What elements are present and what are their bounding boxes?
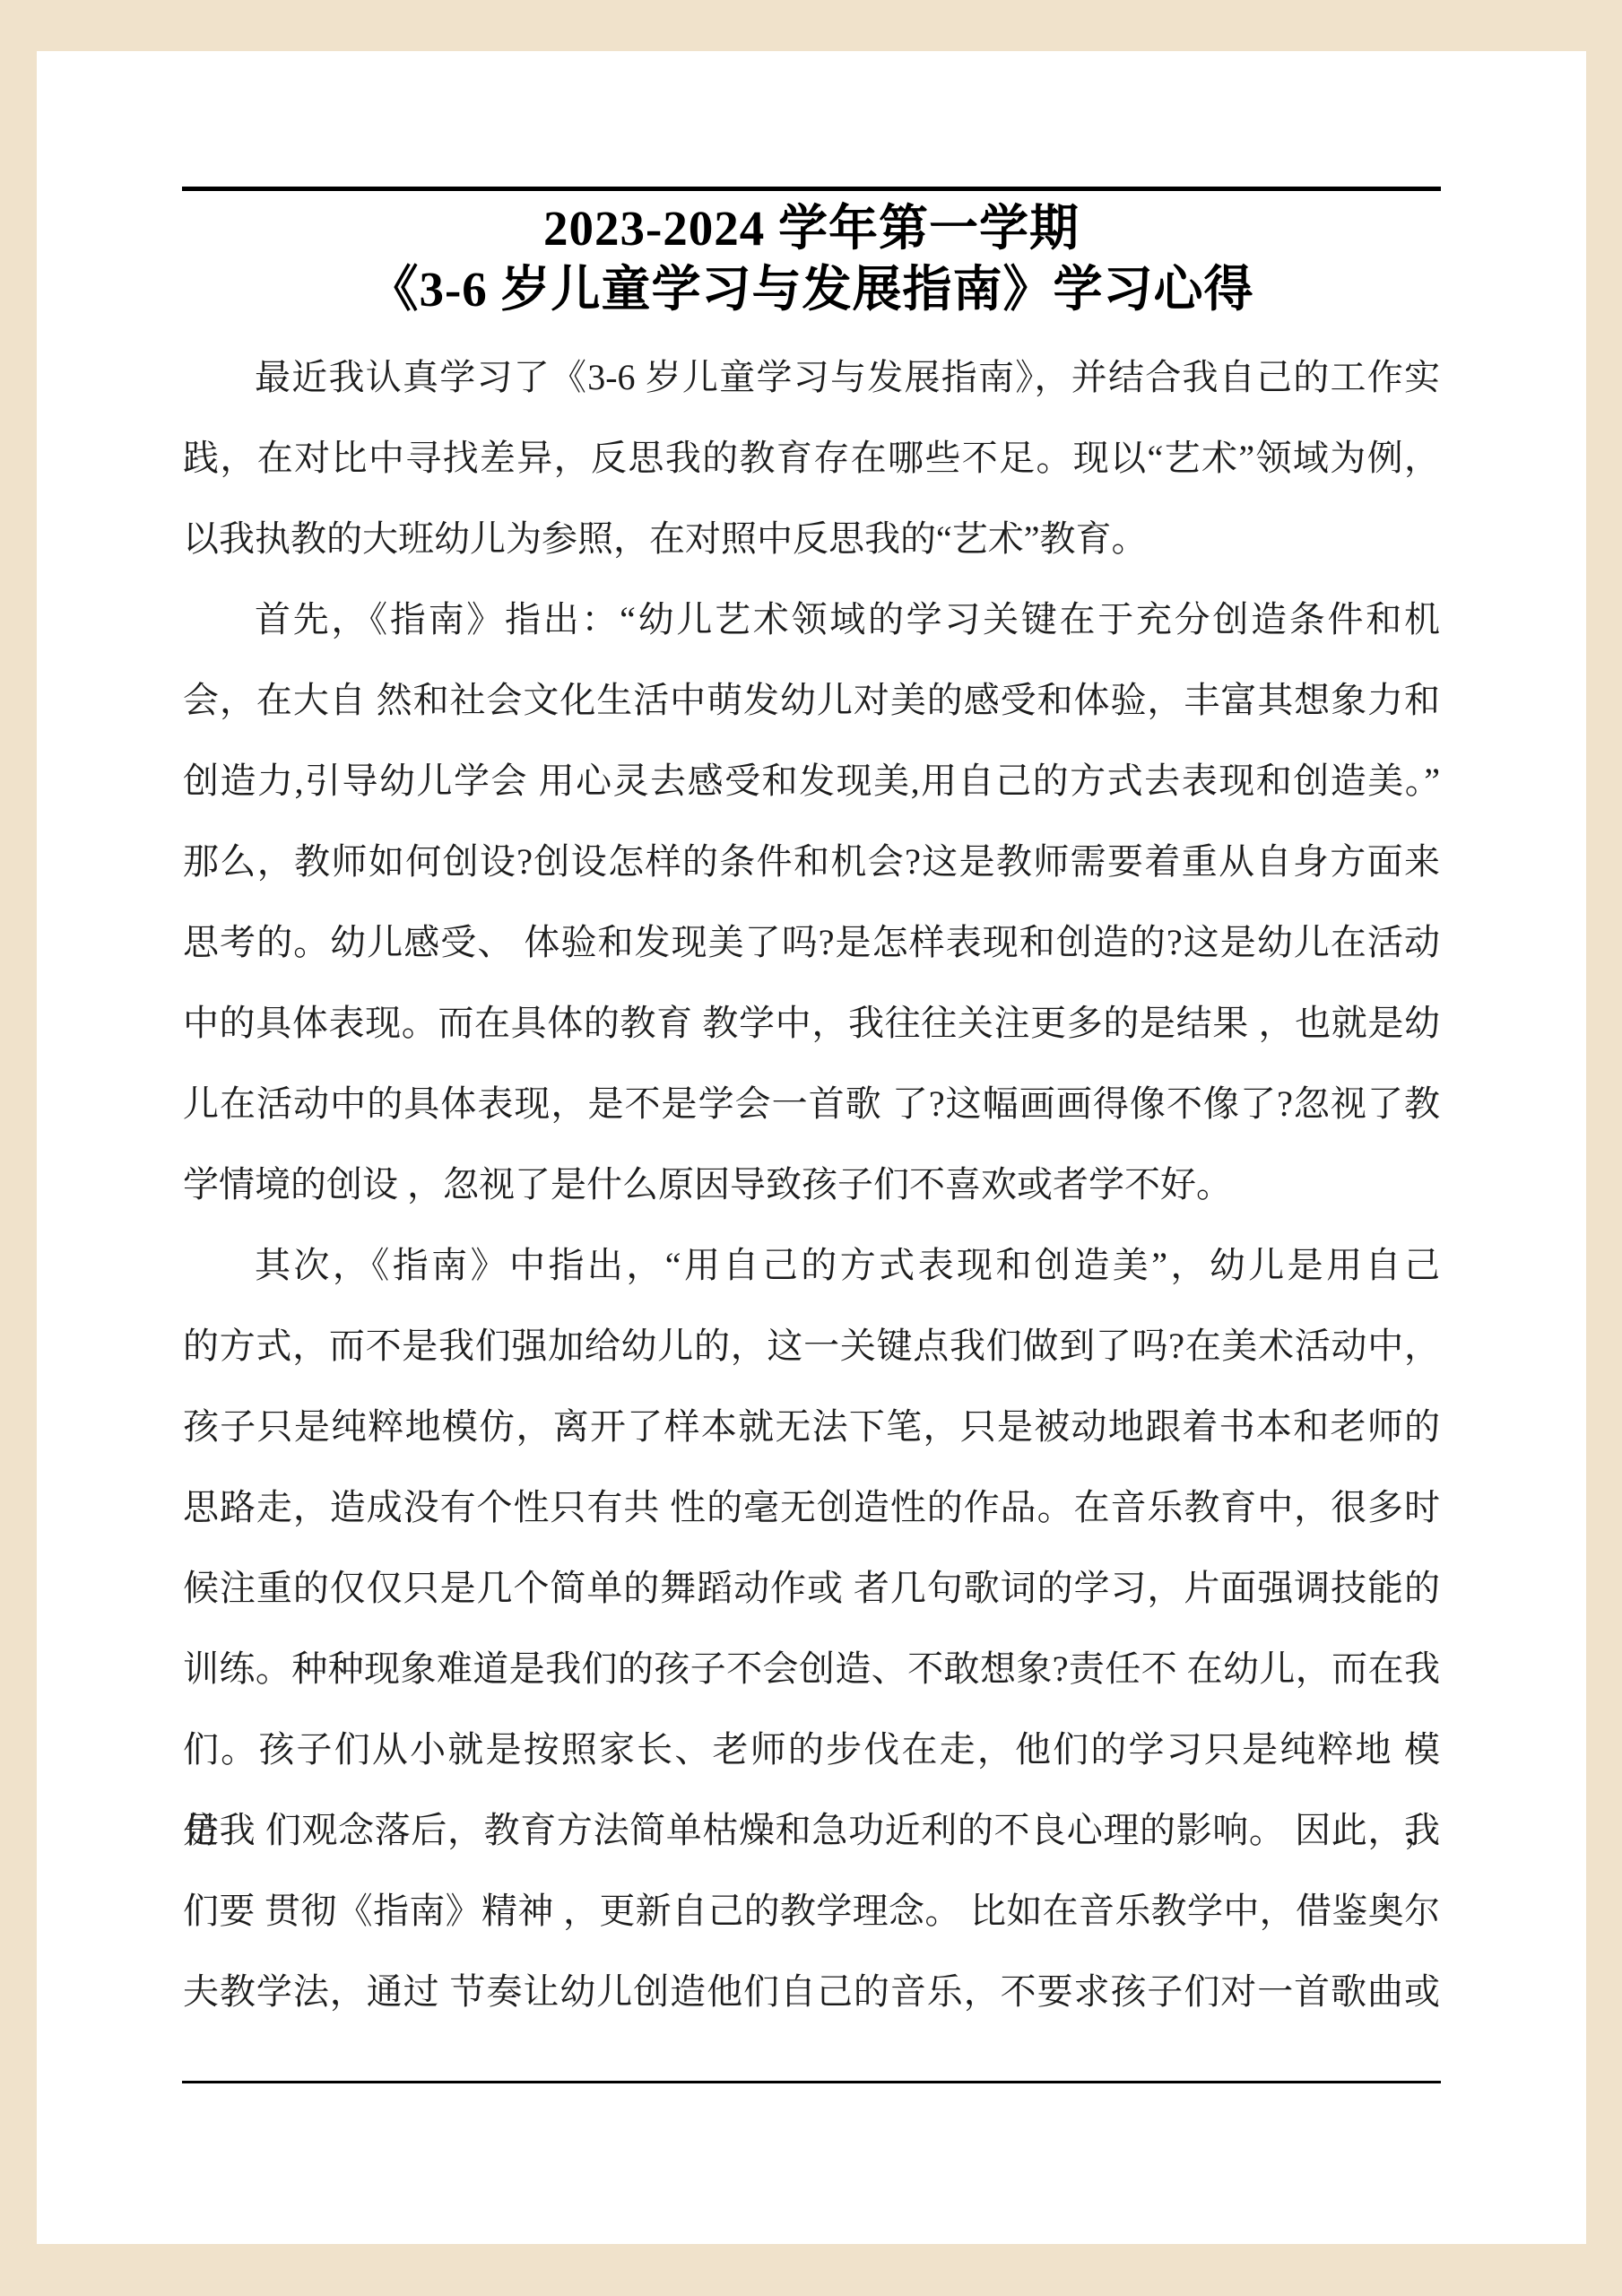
text-line: 们。孩子们从小就是按照家长、老师的步伐在走，他们的学习只是纯粹地 模仿， xyxy=(183,1709,1440,1790)
text-line: 那么，教师如何创设?创设怎样的条件和机会?这是教师需要着重从自身方面来 xyxy=(183,822,1440,902)
text-line: 训练。种种现象难道是我们的孩子不会创造、不敢想象?责任不 在幼儿，而在我 xyxy=(183,1629,1440,1709)
paragraph-1: 最近我认真学习了《3-6 岁儿童学习与发展指南》，并结合我自己的工作实 践，在对… xyxy=(183,337,1440,579)
doc-title-line1: 2023-2024 学年第一学期 xyxy=(183,198,1440,259)
text-line: 思考的。幼儿感受、 体验和发现美了吗?是怎样表现和创造的?这是幼儿在活动 xyxy=(183,902,1440,983)
text-line: 们要 贯彻《指南》精神 ，更新自己的教学理念。 比如在音乐教学中，借鉴奥尔 xyxy=(183,1871,1440,1952)
text-line: 首先，《指南》指出：“幼儿艺术领域的学习关键在于充分创造条件和机 xyxy=(183,579,1440,660)
text-line: 的方式，而不是我们强加给幼儿的，这一关键点我们做到了吗?在美术活动中， xyxy=(183,1306,1440,1387)
text-line: 中的具体表现。而在具体的教育 教学中，我往往关注更多的是结果 ，也就是幼 xyxy=(183,983,1440,1064)
doc-title: 2023-2024 学年第一学期 《3-6 岁儿童学习与发展指南》学习心得 xyxy=(183,198,1440,320)
text-line: 最近我认真学习了《3-6 岁儿童学习与发展指南》，并结合我自己的工作实 xyxy=(183,337,1440,418)
text-line: 是我 们观念落后，教育方法简单枯燥和急功近利的不良心理的影响。 因此，我 xyxy=(183,1790,1440,1871)
text-line: 创造力,引导幼儿学会 用心灵去感受和发现美,用自己的方式去表现和创造美。” xyxy=(183,741,1440,822)
document-page: 2023-2024 学年第一学期 《3-6 岁儿童学习与发展指南》学习心得 最近… xyxy=(37,51,1586,2244)
text-line: 以我执教的大班幼儿为参照，在对照中反思我的“艺术”教育。 xyxy=(183,499,1440,579)
header-rule xyxy=(182,187,1441,191)
text-line: 其次，《指南》中指出，“用自己的方式表现和创造美”，幼儿是用自己 xyxy=(183,1225,1440,1306)
text-line: 学情境的创设 ，忽视了是什么原因导致孩子们不喜欢或者学不好。 xyxy=(183,1144,1440,1225)
doc-body: 最近我认真学习了《3-6 岁儿童学习与发展指南》，并结合我自己的工作实 践，在对… xyxy=(183,337,1440,2032)
text-line: 践，在对比中寻找差异，反思我的教育存在哪些不足。现以“艺术”领域为例， xyxy=(183,418,1440,499)
text-line: 儿在活动中的具体表现，是不是学会一首歌 了?这幅画画得像不像了?忽视了教 xyxy=(183,1064,1440,1144)
text-line: 候注重的仅仅只是几个简单的舞蹈动作或 者几句歌词的学习，片面强调技能的 xyxy=(183,1548,1440,1629)
doc-title-line2: 《3-6 岁儿童学习与发展指南》学习心得 xyxy=(183,259,1440,320)
footer-rule xyxy=(182,2081,1441,2083)
text-line: 会，在大自 然和社会文化生活中萌发幼儿对美的感受和体验，丰富其想象力和 xyxy=(183,660,1440,741)
text-line: 夫教学法，通过 节奏让幼儿创造他们自己的音乐，不要求孩子们对一首歌曲或 xyxy=(183,1952,1440,2032)
text-line: 思路走，造成没有个性只有共 性的毫无创造性的作品。在音乐教育中，很多时 xyxy=(183,1467,1440,1548)
paragraph-2: 首先，《指南》指出：“幼儿艺术领域的学习关键在于充分创造条件和机 会，在大自 然… xyxy=(183,579,1440,1225)
screenshot-canvas: { "colors": { "canvas_border": "#f0e2cb"… xyxy=(0,0,1622,2296)
text-line: 孩子只是纯粹地模仿，离开了样本就无法下笔，只是被动地跟着书本和老师的 xyxy=(183,1387,1440,1467)
paragraph-3: 其次，《指南》中指出，“用自己的方式表现和创造美”，幼儿是用自己 的方式，而不是… xyxy=(183,1225,1440,2032)
